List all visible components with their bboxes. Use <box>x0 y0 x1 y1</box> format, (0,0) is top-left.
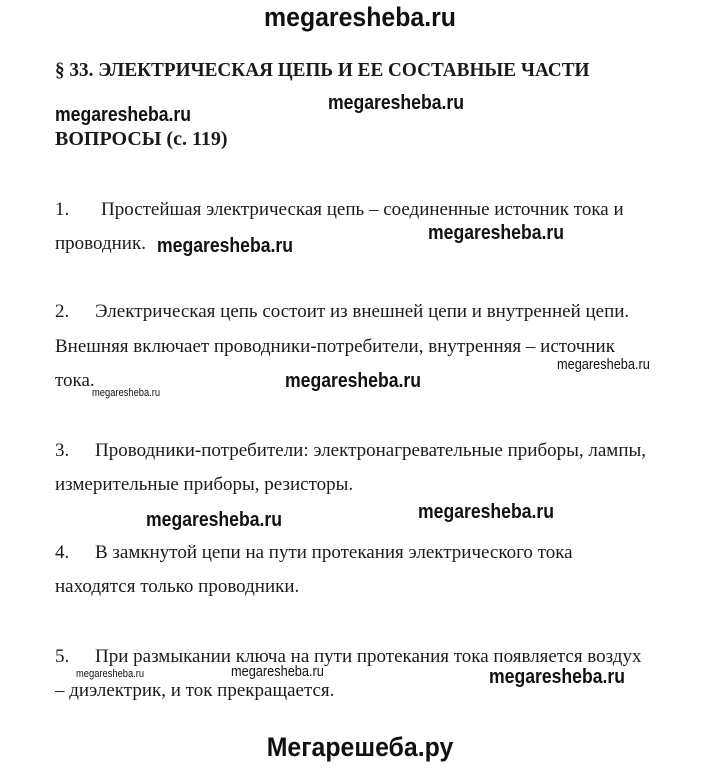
watermark: megaresheba.ru <box>418 501 554 524</box>
answer-5-line-2: – диэлектрик, и ток прекращается. <box>55 680 334 702</box>
site-header-watermark: megaresheba.ru <box>29 2 691 32</box>
watermark: megaresheba.ru <box>328 92 464 115</box>
watermark: megaresheba.ru <box>146 509 282 532</box>
watermark: megaresheba.ru <box>157 235 293 258</box>
answer-5-line-1: 5.При размыкании ключа на пути протекани… <box>55 646 641 668</box>
answer-number: 5. <box>55 646 95 668</box>
answer-4-line-1: 4.В замкнутой цепи на пути протекания эл… <box>55 542 573 564</box>
answer-3-line-2: измерительные приборы, резисторы. <box>55 474 353 496</box>
watermark: megaresheba.ru <box>285 370 421 393</box>
watermark: megaresheba.ru <box>55 104 191 127</box>
footer-brand: Мегарешеба.ру <box>29 732 691 763</box>
answer-2-line-3: тока. <box>55 370 95 392</box>
answer-number: 3. <box>55 440 95 462</box>
answer-number: 1. <box>55 199 95 221</box>
answer-2-line-2: Внешняя включает проводники-потребители,… <box>55 336 615 358</box>
answer-number: 2. <box>55 301 95 323</box>
section-title: § 33. ЭЛЕКТРИЧЕСКАЯ ЦЕПЬ И ЕЕ СОСТАВНЫЕ … <box>55 59 589 82</box>
answer-1-line-2: проводник. <box>55 233 146 255</box>
watermark: megaresheba.ru <box>489 666 625 689</box>
answer-4-line-2: находятся только проводники. <box>55 576 299 598</box>
watermark: megaresheba.ru <box>231 663 324 680</box>
watermark: megaresheba.ru <box>92 387 160 399</box>
answer-1-line-1: 1.Простейшая электрическая цепь – соедин… <box>55 199 624 221</box>
answer-3-line-1: 3.Проводники-потребители: электронагрева… <box>55 440 646 462</box>
answer-2-line-1: 2.Электрическая цепь состоит из внешней … <box>55 301 629 323</box>
answer-number: 4. <box>55 542 95 564</box>
watermark: megaresheba.ru <box>557 356 650 373</box>
section-subtitle: ВОПРОСЫ (с. 119) <box>55 128 228 151</box>
watermark: megaresheba.ru <box>76 668 144 680</box>
watermark: megaresheba.ru <box>428 222 564 245</box>
